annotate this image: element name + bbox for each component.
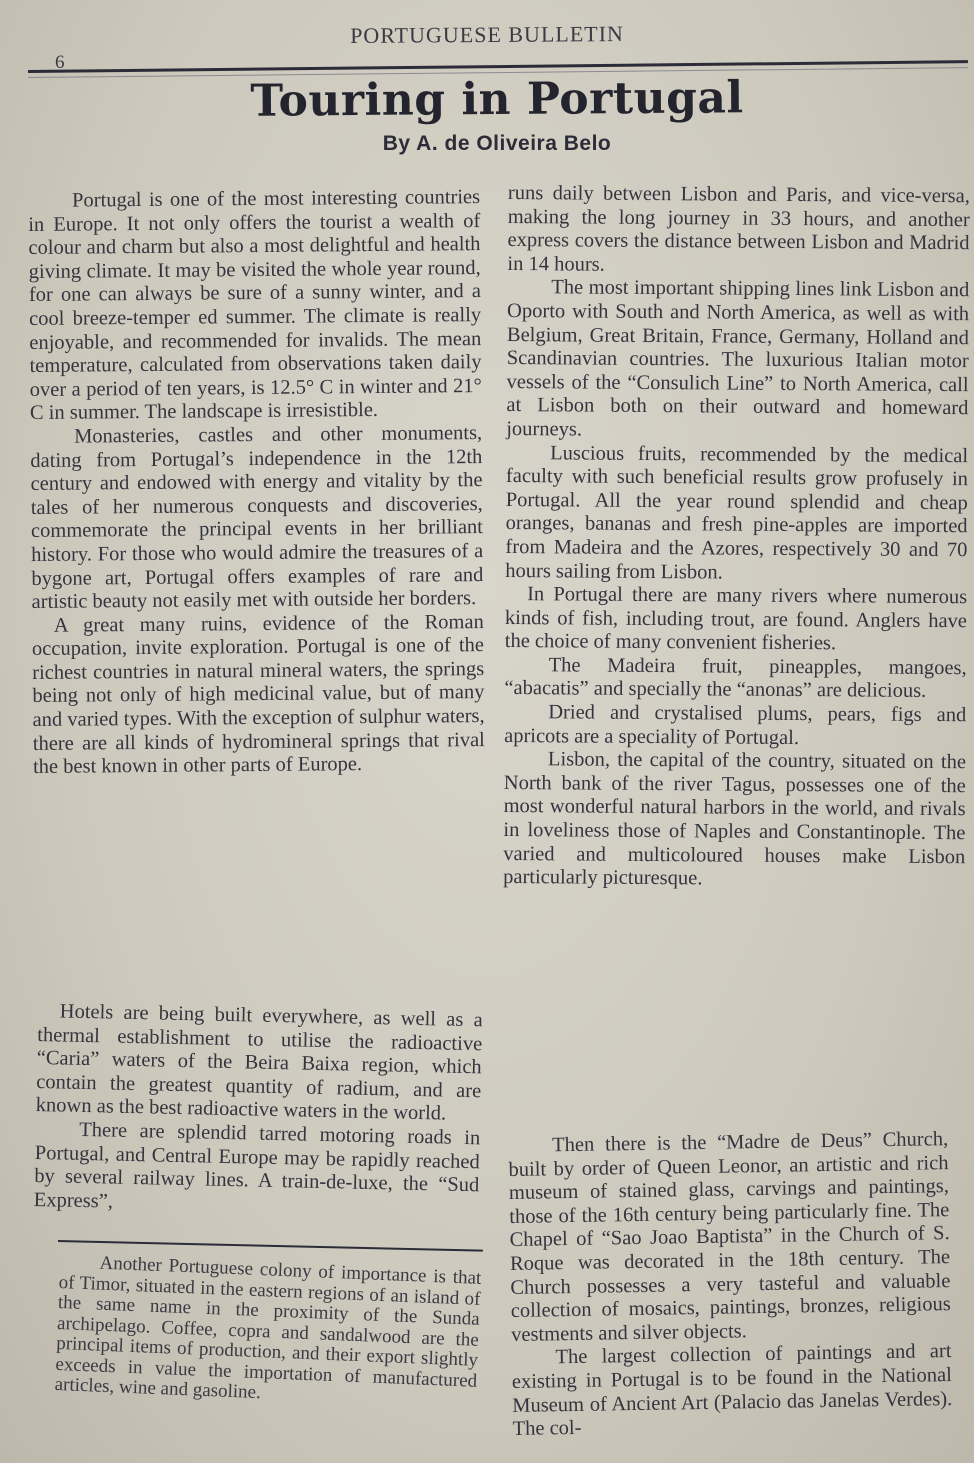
footnote-divider — [58, 1240, 483, 1252]
paragraph: A great many ruins, evidence of the Roma… — [32, 611, 485, 780]
paragraph: The largest collection of paintings and … — [511, 1340, 952, 1441]
left-column: Portugal is one of the most interesting … — [28, 186, 485, 780]
paragraph: There are splendid tarred motoring roads… — [34, 1118, 481, 1222]
paragraph: The Madeira fruit, pineapples, mangoes, … — [504, 654, 966, 704]
paragraph: Monasteries, castles and other monuments… — [30, 422, 484, 615]
article-title: Touring in Portugal — [0, 71, 974, 129]
paragraph: In Portugal there are many rivers where … — [505, 583, 967, 657]
paragraph: Portugal is one of the most interesting … — [28, 186, 482, 426]
footnote-box: Another Portuguese colony of importance … — [54, 1252, 481, 1412]
footnote-text: Another Portuguese colony of importance … — [54, 1252, 481, 1412]
paragraph: runs daily between Lisbon and Paris, and… — [507, 182, 970, 280]
paragraph: Dried and crystalised plums, pears, figs… — [504, 701, 966, 751]
paragraph: Lisbon, the capital of the country, situ… — [503, 748, 966, 893]
paragraph: The most important shipping lines link L… — [506, 276, 969, 444]
paragraph: Hotels are being built everywhere, as we… — [36, 1000, 483, 1127]
magazine-page: PORTUGUESE BULLETIN 6 Touring in Portuga… — [0, 0, 974, 1463]
right-column-lower: Then there is the “Madre de Deus” Church… — [508, 1128, 953, 1442]
paragraph: Luscious fruits, recommended by the medi… — [505, 442, 968, 587]
left-column-lower: Hotels are being built everywhere, as we… — [34, 1000, 483, 1222]
paragraph: Then there is the “Madre de Deus” Church… — [508, 1128, 951, 1347]
article-byline: By A. de Oliveira Belo — [0, 132, 974, 156]
right-column: runs daily between Lisbon and Paris, and… — [503, 182, 970, 893]
running-head: PORTUGUESE BULLETIN — [0, 19, 974, 52]
